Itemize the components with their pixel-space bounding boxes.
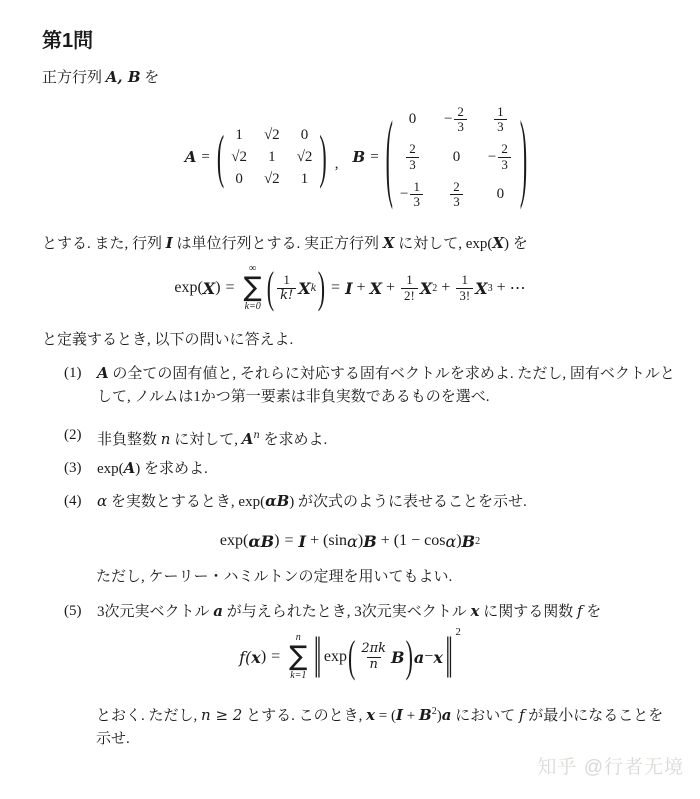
math-var-i: I: [166, 234, 173, 252]
matrix-entry: √2: [264, 171, 280, 188]
math-var-a: a: [213, 602, 223, 620]
fraction-denominator: 3: [410, 194, 423, 209]
fraction-numerator: 1: [494, 105, 507, 119]
math-var-a: A: [242, 430, 254, 448]
plus-sign: +: [306, 532, 323, 550]
exp-alpha-b-formula: exp(αB) = I+ (sin α)B+ (1 − cos α)B2: [0, 528, 700, 554]
exp-operator: exp(: [220, 532, 248, 550]
fraction: 13: [494, 105, 507, 135]
text-segment: は単位行列とする. 実正方行列: [173, 236, 383, 252]
fraction-denominator: 3: [494, 119, 507, 134]
ellipsis: ⋯: [510, 278, 526, 298]
math-var-x: X: [383, 234, 395, 252]
fraction: 23: [454, 105, 467, 135]
text-segment: とおく. ただし,: [96, 708, 201, 724]
matrix-entry: √2: [264, 127, 280, 144]
fraction-numerator: 1: [459, 273, 472, 287]
fraction-denominator: 3: [406, 157, 419, 172]
math-var-b: B: [419, 706, 432, 724]
matrix-cell: −13: [400, 180, 425, 210]
fraction-numerator: 2: [454, 105, 467, 119]
math-var-i: I: [345, 279, 352, 298]
matrix-cell: √2: [264, 171, 280, 188]
fraction-denominator: 2!: [401, 288, 418, 303]
matrix-cell: 1: [235, 127, 243, 144]
open-paren-cos: (1 − cos: [394, 532, 446, 550]
left-paren: (: [217, 127, 224, 186]
math-var-x: X: [203, 279, 215, 298]
define-line: と定義するとき, 以下の問いに答えよ.: [42, 329, 293, 351]
math-var-b: B: [363, 532, 377, 551]
matrix-b-label: B: [353, 148, 366, 166]
fraction-numerator: 1: [410, 180, 423, 194]
matrix-cell: 0: [301, 127, 309, 144]
right-paren: ): [520, 108, 527, 207]
f-definition-formula: f(x) = n∑k=1 ∥ exp ( 2πkn B ) a − x ∥ 2: [0, 622, 700, 692]
summation: ∞∑k=0: [244, 263, 262, 313]
math-var-alpha: α: [445, 532, 456, 551]
matrix-cell: 23: [404, 142, 421, 172]
norm-exponent: 2: [455, 626, 461, 638]
matrix-entry: 0: [497, 186, 505, 203]
math-var-x: x: [251, 648, 261, 667]
math-var-alpha: α: [97, 492, 107, 510]
text-segment: 正方行列: [42, 70, 106, 86]
matrix-entry: √2: [231, 149, 247, 166]
math-var-a: A: [124, 459, 136, 477]
math-var-x: X: [492, 234, 504, 252]
fraction: 2πkn: [358, 642, 389, 672]
exp-operator: exp(: [174, 279, 202, 297]
item-text: 3次元実ベクトル a が与えられたとき, 3次元実ベクトル x に関する関数 f…: [97, 600, 678, 624]
equals-sign: =: [266, 648, 285, 666]
summation: n∑k=1: [289, 632, 307, 682]
left-paren: (: [348, 635, 355, 679]
matrix-b: B = ( 0−2313230−23−13230 ): [353, 105, 530, 210]
equals-sign: =: [201, 149, 209, 166]
sum-lower-limit: k=1: [290, 670, 306, 682]
math-var-b: B: [462, 532, 476, 551]
fraction-numerator: 1: [403, 273, 416, 287]
matrix-b-grid: 0−2313230−23−13230: [395, 105, 518, 210]
text-segment: 非負整数: [97, 432, 161, 448]
math-var-alpha: α: [347, 532, 358, 551]
plus-sign: +: [377, 532, 394, 550]
fraction: 23: [498, 142, 511, 172]
matrix-cell: 0: [497, 186, 505, 203]
matrix-entry: 0: [453, 149, 461, 166]
exp-operator: exp(: [466, 236, 493, 252]
math-var-x: X: [298, 279, 310, 298]
text-segment: を: [509, 236, 528, 252]
math-var-x: X: [370, 279, 382, 298]
fraction: 1k!: [277, 273, 296, 303]
exp-operator: exp: [324, 648, 347, 666]
fraction: 12!: [401, 273, 418, 303]
equals-sign: =: [221, 279, 240, 297]
matrix-cell: 0: [235, 171, 243, 188]
text-segment: の全ての固有値と, それらに対応する固有ベクトルを求めよ. ただし, 固有ベクト…: [97, 366, 675, 405]
question-item-1: (1) A の全ての固有値と, それらに対応する固有ベクトルを求めよ. ただし,…: [64, 362, 678, 409]
unit-matrix-line: とする. また, 行列 I は単位行列とする. 実正方行列 X に対して, ex…: [42, 232, 528, 255]
exam-document-page: 第1問 正方行列 A, B を A = ( 1√20√21√20√21 ) , …: [0, 0, 700, 799]
text-segment: に関する関数: [479, 604, 577, 620]
minus-sign: −: [400, 186, 408, 203]
matrix-cell: √2: [264, 127, 280, 144]
text-segment: が次式のように表せることを示せ.: [294, 494, 527, 510]
item-number: (4): [64, 490, 97, 514]
equals-sign: =: [370, 149, 378, 166]
matrix-cell: 0: [409, 111, 417, 128]
text-segment: 3次元実ベクトル: [97, 604, 213, 620]
fraction-denominator: k!: [277, 288, 296, 303]
minus-sign: −: [444, 111, 452, 128]
matrix-entry: 0: [409, 111, 417, 128]
matrix-cell: 1: [268, 149, 276, 166]
item-number: (1): [64, 362, 97, 409]
item5-closing: とおく. ただし, n ≥ 2 とする. このとき, x = (I + B2)a…: [96, 700, 676, 751]
fraction-denominator: n: [367, 657, 381, 672]
math-var-a: a: [442, 706, 452, 724]
fraction-denominator: 3: [454, 119, 467, 134]
item-text: exp(A) を求めよ.: [97, 457, 678, 481]
sigma-symbol: ∑: [244, 275, 262, 301]
norm-bar-left: ∥: [313, 636, 322, 678]
text-segment: に対して,: [170, 432, 241, 448]
fraction: 13!: [456, 273, 473, 303]
left-paren: (: [386, 108, 393, 207]
exp-operator: exp(: [97, 461, 124, 477]
matrix-cell: √2: [231, 149, 247, 166]
math-alpha-b: αB: [248, 532, 274, 551]
math-var-i: I: [396, 706, 403, 724]
plus-sign: +: [403, 708, 419, 724]
matrix-a: A = ( 1√20√21√20√21 ): [185, 127, 329, 188]
plus-sign: +: [382, 279, 399, 297]
problem-title: 第1問: [42, 24, 93, 53]
exponent-k: k: [311, 283, 317, 294]
matrix-entry: 1: [301, 171, 309, 188]
item-text: A の全ての固有値と, それらに対応する固有ベクトルを求めよ. ただし, 固有ベ…: [97, 362, 678, 409]
text-segment: とする. このとき,: [242, 708, 366, 724]
text-segment: とする. また, 行列: [42, 236, 166, 252]
math-var-a: a: [414, 648, 424, 667]
question-item-2: (2) 非負整数 n に対して, An を求めよ.: [64, 424, 678, 452]
item-number: (2): [64, 424, 97, 452]
zhihu-watermark: 知乎 @行者无境: [537, 752, 684, 779]
text-segment: を実数とするとき,: [107, 494, 238, 510]
exp-operator: exp(: [238, 494, 265, 510]
text-segment: において: [451, 708, 519, 724]
fraction-numerator: 1: [280, 273, 293, 287]
math-func-f: f(: [239, 648, 251, 667]
item-text: α を実数とするとき, exp(αB) が次式のように表せることを示せ.: [97, 490, 678, 514]
matrix-cell: −23: [488, 142, 513, 172]
fraction-denominator: 3: [450, 194, 463, 209]
matrix-cell: 13: [492, 105, 509, 135]
minus-sign: −: [424, 648, 433, 666]
math-matrix-names: A, B: [106, 68, 141, 86]
question-item-4: (4) α を実数とするとき, exp(αB) が次式のように表せることを示せ.: [64, 490, 678, 514]
text-segment: を: [583, 604, 602, 620]
fraction-numerator: 2πk: [358, 642, 389, 656]
sum-lower-limit: k=0: [245, 301, 261, 313]
cayley-hamilton-note: ただし, ケーリー・ハミルトンの定理を用いてもよい.: [96, 566, 676, 589]
norm-bar-right: ∥: [445, 636, 454, 678]
equals-sign: =: [280, 532, 299, 550]
comma-separator: ,: [335, 156, 339, 173]
equals-open-paren: = (: [375, 708, 396, 724]
fraction: 13: [410, 180, 423, 210]
matrix-entry: 0: [301, 127, 309, 144]
math-alpha-b: αB: [265, 492, 289, 510]
fraction-numerator: 2: [450, 180, 463, 194]
matrix-definitions: A = ( 1√20√21√20√21 ) , B = ( 0−2313230−…: [0, 86, 700, 228]
question-item-5: (5) 3次元実ベクトル a が与えられたとき, 3次元実ベクトル x に関する…: [64, 600, 678, 624]
plus-sign: +: [437, 279, 454, 297]
matrix-cell: 0: [453, 149, 461, 166]
exp-definition-formula: exp(X) = ∞∑k=0 ( 1k! Xk ) = I+X+ 12! X2+…: [0, 256, 700, 320]
sigma-symbol: ∑: [289, 644, 307, 670]
math-var-x: X: [475, 279, 487, 298]
left-paren: (: [267, 266, 274, 310]
fraction-numerator: 2: [498, 142, 511, 156]
math-var-b: B: [391, 648, 405, 667]
math-var-x: x: [366, 706, 375, 724]
right-paren: ): [318, 266, 325, 310]
matrix-cell: −23: [444, 105, 469, 135]
text-segment: を求めよ.: [260, 432, 328, 448]
right-paren: ): [406, 635, 413, 679]
fraction-denominator: 3!: [456, 288, 473, 303]
matrix-entry: 0: [235, 171, 243, 188]
text-segment: を求めよ.: [140, 461, 208, 477]
text-segment: を: [141, 70, 160, 86]
plus-sign: +: [353, 279, 370, 297]
exponent-2: 2: [475, 536, 480, 547]
equals-sign: =: [326, 279, 345, 297]
math-var-x: X: [420, 279, 432, 298]
math-var-a: A: [97, 364, 109, 382]
matrix-a-label: A: [185, 148, 197, 166]
matrix-a-grid: 1√20√21√20√21: [226, 127, 317, 188]
matrix-cell: 1: [301, 171, 309, 188]
fraction-numerator: 2: [406, 142, 419, 156]
fraction: 23: [450, 180, 463, 210]
math-var-i: I: [299, 532, 306, 551]
fraction-denominator: 3: [498, 157, 511, 172]
text-segment: が与えられたとき, 3次元実ベクトル: [223, 604, 471, 620]
item-number: (3): [64, 457, 97, 481]
plus-sign: +: [493, 279, 510, 297]
item-number: (5): [64, 600, 97, 624]
item-text: 非負整数 n に対して, An を求めよ.: [97, 424, 678, 452]
fraction: 23: [406, 142, 419, 172]
matrix-entry: √2: [297, 149, 313, 166]
matrix-cell: √2: [297, 149, 313, 166]
math-n-geq-2: n ≥ 2: [201, 706, 242, 724]
minus-sign: −: [488, 149, 496, 166]
math-var-x: x: [433, 648, 443, 667]
matrix-entry: 1: [235, 127, 243, 144]
matrix-cell: 23: [448, 180, 465, 210]
text-segment: に対して,: [394, 236, 465, 252]
open-paren-sin: (sin: [323, 532, 347, 550]
right-paren: ): [319, 127, 326, 186]
math-var-n: n: [161, 430, 171, 448]
question-item-3: (3) exp(A) を求めよ.: [64, 457, 678, 481]
matrix-entry: 1: [268, 149, 276, 166]
